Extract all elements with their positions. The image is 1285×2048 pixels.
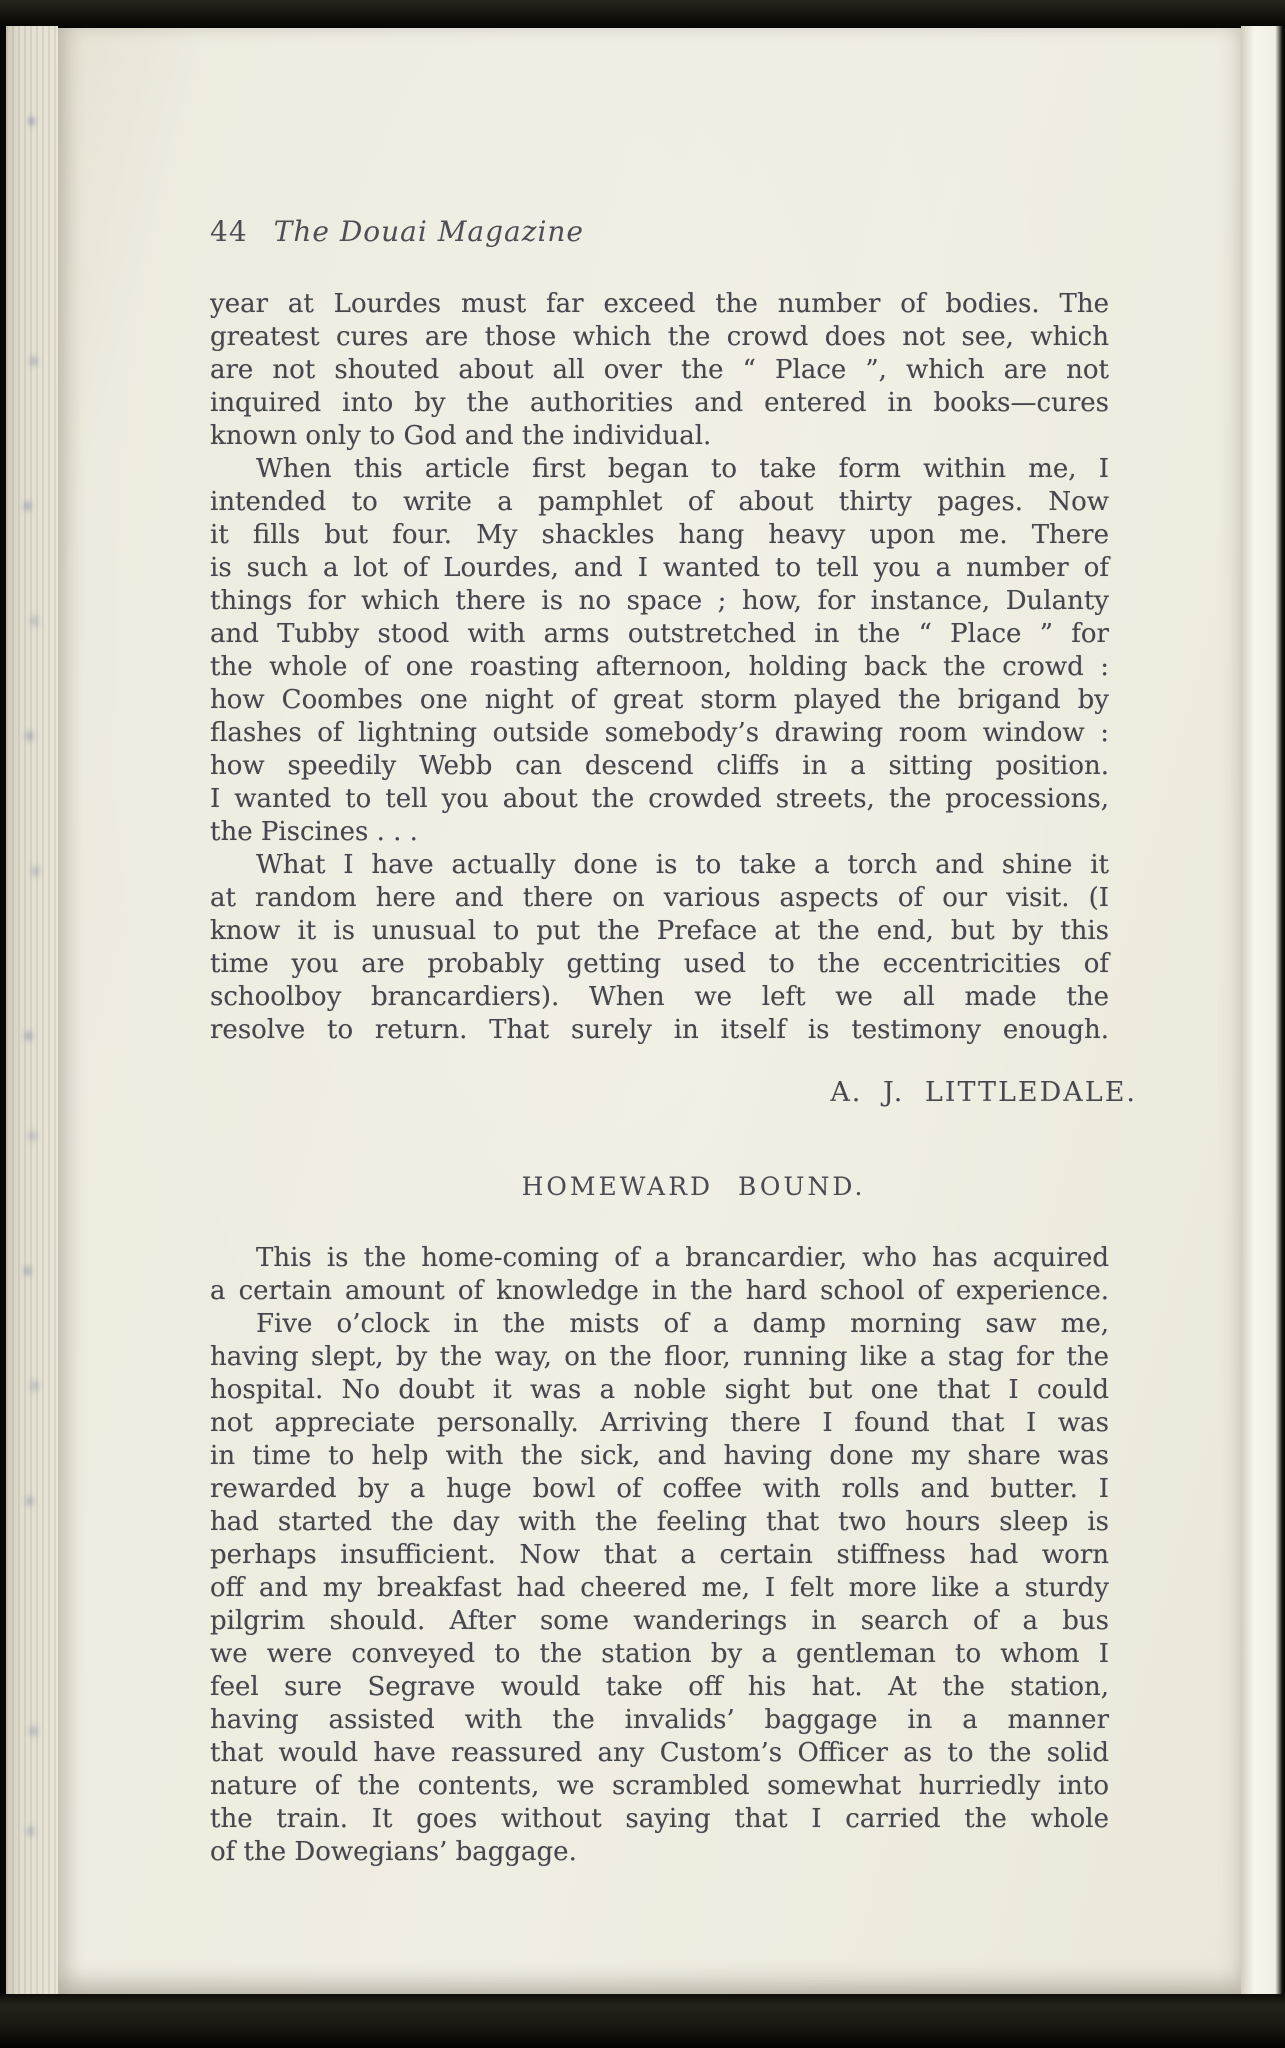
text-line: perhaps insufficient. Now that a certain… bbox=[210, 1539, 1109, 1572]
text-line: at random here and there on various aspe… bbox=[210, 882, 1109, 915]
page-header: 44The Douai Magazine bbox=[210, 215, 1109, 248]
paragraph: Five o’clock in the mists of a damp morn… bbox=[210, 1308, 1109, 1869]
text-line: hospital. No doubt it was a noble sight … bbox=[210, 1374, 1109, 1407]
text-line: had started the day with the feeling tha… bbox=[210, 1506, 1109, 1539]
page-stack-right-edge bbox=[1241, 26, 1285, 1996]
text-line: nature of the contents, we scrambled som… bbox=[210, 1770, 1109, 1803]
text-line: of the Dowegians’ baggage. bbox=[210, 1836, 1109, 1869]
page-number: 44 bbox=[210, 215, 248, 248]
text-line: time you are probably getting used to th… bbox=[210, 948, 1109, 981]
page-edge-marks bbox=[28, 116, 35, 126]
text-line: the whole of one roasting afternoon, hol… bbox=[210, 651, 1109, 684]
text-line: pilgrim should. After some wanderings in… bbox=[210, 1605, 1109, 1638]
text-line: resolve to return. That surely in itself… bbox=[210, 1014, 1109, 1047]
magazine-title: The Douai Magazine bbox=[274, 215, 584, 248]
text-line: schoolboy brancardiers). When we left we… bbox=[210, 981, 1109, 1014]
page-stack-left-edge bbox=[6, 26, 58, 1996]
text-line: feel sure Segrave would take off his hat… bbox=[210, 1671, 1109, 1704]
paragraph: This is the home-coming of a brancardier… bbox=[210, 1242, 1109, 1308]
text-line: off and my breakfast had cheered me, I f… bbox=[210, 1572, 1109, 1605]
text-line: having slept, by the way, on the floor, … bbox=[210, 1341, 1109, 1374]
text-line: how speedily Webb can descend cliffs in … bbox=[210, 750, 1109, 783]
text-line: know it is unusual to put the Preface at… bbox=[210, 915, 1109, 948]
text-line: This is the home-coming of a brancardier… bbox=[210, 1242, 1109, 1275]
article-body: year at Lourdes must far exceed the numb… bbox=[210, 288, 1109, 1047]
text-line: the train. It goes without saying that I… bbox=[210, 1803, 1109, 1836]
text-line: the Piscines . . . bbox=[210, 816, 1109, 849]
text-line: intended to write a pamphlet of about th… bbox=[210, 486, 1109, 519]
text-line: flashes of lightning outside somebody’s … bbox=[210, 717, 1109, 750]
book-cover-bottom-edge bbox=[0, 1994, 1285, 2048]
book-cover-top-edge bbox=[0, 0, 1285, 28]
paragraph: What I have actually done is to take a t… bbox=[210, 849, 1109, 1047]
text-line: I wanted to tell you about the crowded s… bbox=[210, 783, 1109, 816]
text-line: greatest cures are those which the crowd… bbox=[210, 321, 1109, 354]
book-page: 44The Douai Magazine year at Lourdes mus… bbox=[58, 28, 1241, 1996]
text-line: things for which there is no space ; how… bbox=[210, 585, 1109, 618]
text-line: are not shouted about all over the “ Pla… bbox=[210, 354, 1109, 387]
text-line: year at Lourdes must far exceed the numb… bbox=[210, 288, 1109, 321]
text-line: how Coombes one night of great storm pla… bbox=[210, 684, 1109, 717]
text-line: rewarded by a huge bowl of coffee with r… bbox=[210, 1473, 1109, 1506]
text-line: When this article first began to take fo… bbox=[210, 453, 1109, 486]
author-signature: A. J. LITTLEDALE. bbox=[210, 1076, 1137, 1109]
text-line: not appreciate personally. Arriving ther… bbox=[210, 1407, 1109, 1440]
text-line: Five o’clock in the mists of a damp morn… bbox=[210, 1308, 1109, 1341]
text-line: is such a lot of Lourdes, and I wanted t… bbox=[210, 552, 1109, 585]
text-line: a certain amount of knowledge in the har… bbox=[210, 1275, 1109, 1308]
paragraph: When this article first began to take fo… bbox=[210, 453, 1109, 849]
text-line: it fills but four. My shackles hang heav… bbox=[210, 519, 1109, 552]
text-line: inquired into by the authorities and ent… bbox=[210, 387, 1109, 420]
paragraph: year at Lourdes must far exceed the numb… bbox=[210, 288, 1109, 453]
text-line: having assisted with the invalids’ bagga… bbox=[210, 1704, 1109, 1737]
text-line: What I have actually done is to take a t… bbox=[210, 849, 1109, 882]
section-body: This is the home-coming of a brancardier… bbox=[210, 1242, 1109, 1869]
text-line: in time to help with the sick, and havin… bbox=[210, 1440, 1109, 1473]
text-line: that would have reassured any Custom’s O… bbox=[210, 1737, 1109, 1770]
text-line: we were conveyed to the station by a gen… bbox=[210, 1638, 1109, 1671]
text-line: known only to God and the individual. bbox=[210, 420, 1109, 453]
section-heading: HOMEWARD BOUND. bbox=[244, 1171, 1143, 1202]
text-line: and Tubby stood with arms outstretched i… bbox=[210, 618, 1109, 651]
